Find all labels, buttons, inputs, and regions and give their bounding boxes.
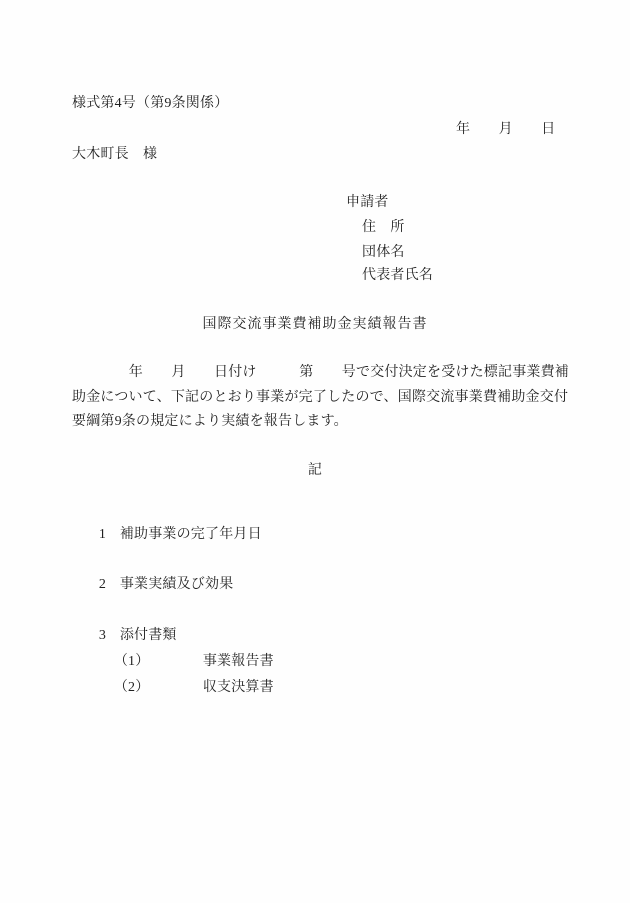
- applicant-address-label: 住 所: [362, 220, 405, 236]
- recipient-line: 大木町長 様: [72, 147, 157, 163]
- attachment-label: 収支決算書: [203, 680, 274, 695]
- applicant-representative-label: 代表者氏名: [362, 268, 433, 284]
- list-item-label: 事業実績及び効果: [120, 577, 234, 592]
- applicant-label: 申請者: [346, 195, 389, 211]
- body-paragraph-line-1: 年 月 日付け 第 号で交付決定を受けた標記事業費補: [72, 365, 569, 381]
- list-item-label: 補助事業の完了年月日: [120, 527, 262, 542]
- attachment-number: （2）: [114, 680, 203, 696]
- body-paragraph-line-2: 助金について、下記のとおり事業が完了したので、国際交流事業費補助金交付: [72, 390, 568, 406]
- list-item-number: 1: [99, 527, 120, 543]
- document-page: 様式第4号（第9条関係） 年 月 日 大木町長 様 申請者 住 所 団体名 代表…: [0, 0, 630, 903]
- list-item-completion-date: 1補助事業の完了年月日: [84, 511, 262, 559]
- form-number: 様式第4号（第9条関係）: [72, 96, 228, 112]
- document-title: 国際交流事業費補助金実績報告書: [0, 317, 630, 333]
- list-item-results-effects: 2事業実績及び効果: [84, 561, 233, 609]
- date-line: 年 月 日: [456, 122, 555, 138]
- record-marker: 記: [0, 463, 630, 479]
- attachment-item-financial-statement: （2）収支決算書: [99, 664, 274, 712]
- list-item-number: 2: [99, 577, 120, 593]
- body-paragraph-line-3: 要綱第9条の規定により実績を報告します。: [72, 414, 348, 430]
- applicant-organization-label: 団体名: [362, 245, 405, 261]
